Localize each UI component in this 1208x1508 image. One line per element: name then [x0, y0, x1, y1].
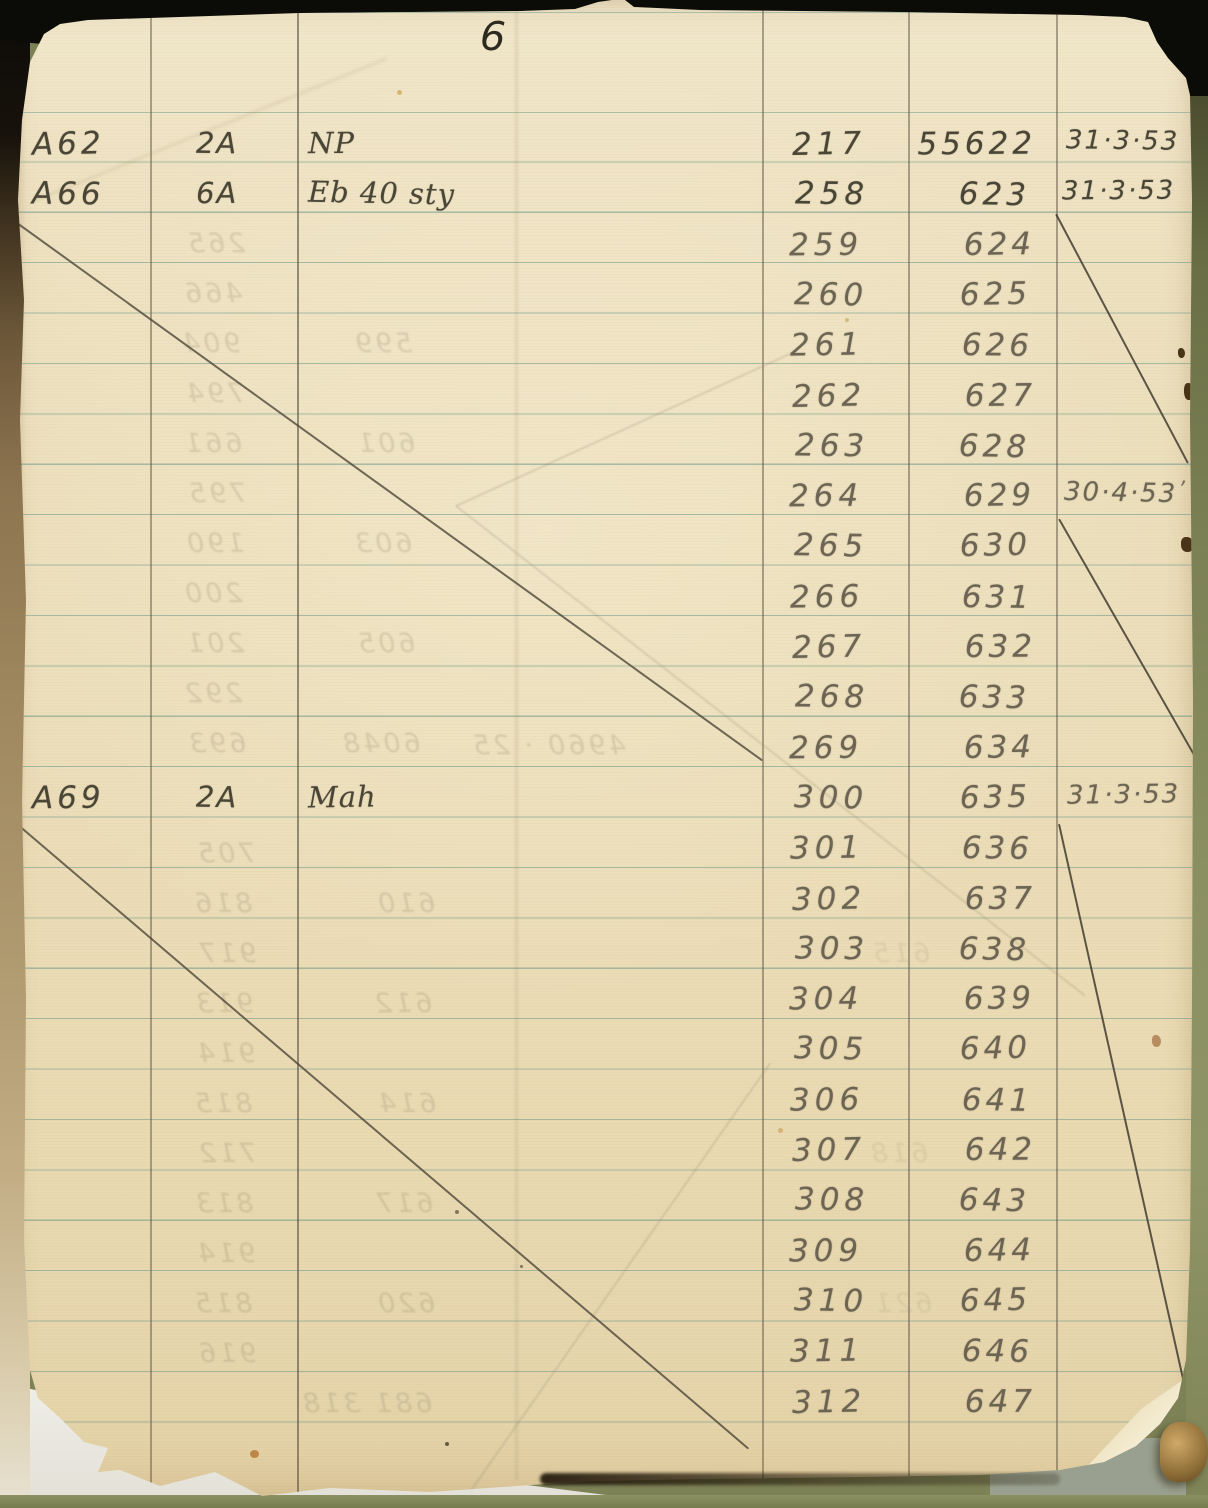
bleed-through-text: 601 [355, 428, 416, 459]
ink-speck [445, 1442, 449, 1446]
number-cell: 635 [896, 778, 1032, 817]
foxing-spot [845, 318, 849, 322]
note-cell: Eb 40 sty [308, 175, 456, 212]
serial-cell: 303 [795, 930, 885, 967]
bleed-through-text: 904 [180, 328, 241, 359]
bleed-through-text: 916 [196, 1338, 257, 1369]
serial-cell: 266 [790, 578, 880, 615]
class-cell: 2A [196, 126, 239, 161]
foxing-spot [778, 1128, 783, 1133]
serial-cell: 312 [792, 1383, 883, 1421]
column-line-2 [297, 4, 299, 1492]
note-cell: NP [308, 126, 355, 160]
bleed-through-text: 292 [182, 678, 243, 709]
number-cell: 634 [900, 729, 1035, 767]
serial-cell: 262 [792, 377, 883, 415]
bleed-through-text: 693 [186, 728, 247, 759]
number-cell: 638 [895, 930, 1031, 969]
serial-cell: 261 [790, 327, 880, 364]
bleed-through-text: 190 [184, 528, 245, 559]
class-cell: 6A [196, 176, 239, 210]
number-cell: 632 [901, 629, 1036, 666]
bleed-through-text: 705 [195, 838, 256, 869]
ledger-page: 6 ’ 2175562231·3·5325862331·3·5325962426… [0, 0, 1208, 1508]
ref-cell: A69 [32, 780, 105, 817]
bleed-through-text: 913 [193, 988, 254, 1019]
number-cell: 640 [896, 1030, 1032, 1069]
bleed-through-text: 917 [196, 938, 257, 969]
number-cell: 628 [895, 427, 1031, 466]
bleed-through-text: 318 [300, 1388, 361, 1419]
ref-cell: A62 [32, 125, 105, 163]
number-cell: 626 [898, 326, 1033, 364]
torn-edge-chip [1178, 348, 1185, 358]
ink-speck [520, 1265, 523, 1268]
date-cell: 31·3·53 [1066, 125, 1180, 157]
bleed-through-text: 816 [192, 888, 253, 919]
serial-cell: 267 [792, 628, 883, 666]
number-cell: 627 [901, 377, 1036, 414]
number-cell: 647 [901, 1383, 1036, 1420]
number-cell: 633 [895, 678, 1031, 717]
number-cell: 625 [896, 275, 1032, 314]
bleed-through-text: 813 [193, 1188, 254, 1219]
bleed-through-text: 605 [355, 628, 416, 659]
bleed-through-text: 681 [372, 1388, 433, 1419]
number-cell: 639 [900, 980, 1035, 1018]
bleed-through-text: 815 [192, 1288, 253, 1319]
date-cell: 30·4·53 [1064, 477, 1178, 509]
serial-cell: 311 [790, 1333, 880, 1370]
serial-cell: 310 [794, 1282, 885, 1320]
number-cell: 630 [896, 527, 1032, 566]
serial-cell: 302 [792, 880, 883, 918]
serial-cell: 260 [794, 276, 885, 314]
scan-border-bottom [0, 1495, 1208, 1508]
stray-pencil-tick: ’ [1178, 478, 1185, 503]
number-cell: 623 [895, 175, 1031, 214]
number-cell: 642 [901, 1132, 1036, 1169]
date-cell: 31·3·53 [1067, 779, 1181, 811]
serial-cell: 305 [794, 1031, 885, 1069]
serial-cell: 300 [794, 779, 885, 817]
foxing-spot [397, 90, 402, 95]
column-line-5 [1056, 10, 1058, 1476]
serial-cell: 307 [792, 1131, 883, 1169]
bleed-through-text: 201 [184, 628, 245, 659]
bottom-tear-shadow [540, 1473, 1060, 1485]
torn-edge-chip [1152, 1035, 1161, 1047]
number-cell: 629 [900, 477, 1035, 515]
serial-cell: 309 [789, 1232, 879, 1269]
bleed-through-text: 599 [352, 328, 413, 359]
rust-spot [250, 1450, 259, 1458]
class-cell: 2A [196, 779, 239, 814]
bleed-through-text: 603 [352, 528, 413, 559]
number-cell: 631 [898, 578, 1033, 616]
bleed-through-text: 620 [375, 1288, 436, 1319]
bleed-through-text: 914 [195, 1038, 256, 1069]
page-number: 6 [479, 13, 507, 60]
date-cell: 31·3·53 [1062, 176, 1175, 207]
ink-speck [455, 1210, 459, 1214]
serial-cell: 306 [790, 1081, 880, 1118]
number-cell: 624 [900, 226, 1035, 264]
bleed-through-text: 614 [376, 1088, 437, 1119]
serial-cell: 259 [789, 226, 879, 263]
bleed-through-text: 6048 [340, 728, 421, 759]
ref-cell: A66 [32, 176, 105, 213]
number-cell: 55622 [901, 126, 1036, 163]
note-cell: Mah [308, 779, 377, 814]
serial-cell: 264 [789, 478, 879, 515]
bleed-through-text: 914 [195, 1238, 256, 1269]
bleed-through-text: 815 [192, 1088, 253, 1119]
serial-cell: 263 [795, 427, 885, 464]
bleed-through-text: 612 [372, 988, 433, 1019]
serial-cell: 265 [794, 528, 885, 566]
bleed-through-text: 712 [196, 1138, 257, 1169]
number-cell: 645 [896, 1281, 1032, 1320]
bleed-through-text: 794 [184, 378, 245, 409]
serial-cell: 217 [792, 125, 883, 163]
number-cell: 636 [898, 829, 1033, 867]
serial-cell: 301 [790, 830, 880, 867]
bleed-through-text: 661 [182, 428, 243, 459]
serial-cell: 308 [795, 1182, 885, 1219]
bleed-through-text: 4960 · 25 [470, 730, 626, 761]
number-cell: 641 [898, 1081, 1033, 1119]
column-line-1 [150, 2, 152, 1498]
bleed-through-text: 610 [375, 888, 436, 919]
serial-cell: 258 [795, 176, 885, 213]
bleed-through-text: 466 [182, 278, 243, 309]
serial-cell: 269 [789, 729, 879, 766]
bleed-through-text: 265 [185, 228, 246, 259]
serial-cell: 304 [789, 981, 879, 1018]
number-cell: 637 [901, 880, 1036, 917]
serial-cell: 268 [795, 679, 885, 716]
bleed-through-text: 617 [373, 1188, 434, 1219]
number-cell: 646 [898, 1332, 1033, 1370]
bleed-through-text: 795 [186, 478, 247, 509]
number-cell: 643 [895, 1181, 1031, 1220]
bleed-through-text: 200 [182, 578, 243, 609]
ledger-scan: 6 ’ 2175562231·3·5325862331·3·5325962426… [0, 0, 1208, 1508]
number-cell: 644 [900, 1232, 1035, 1270]
